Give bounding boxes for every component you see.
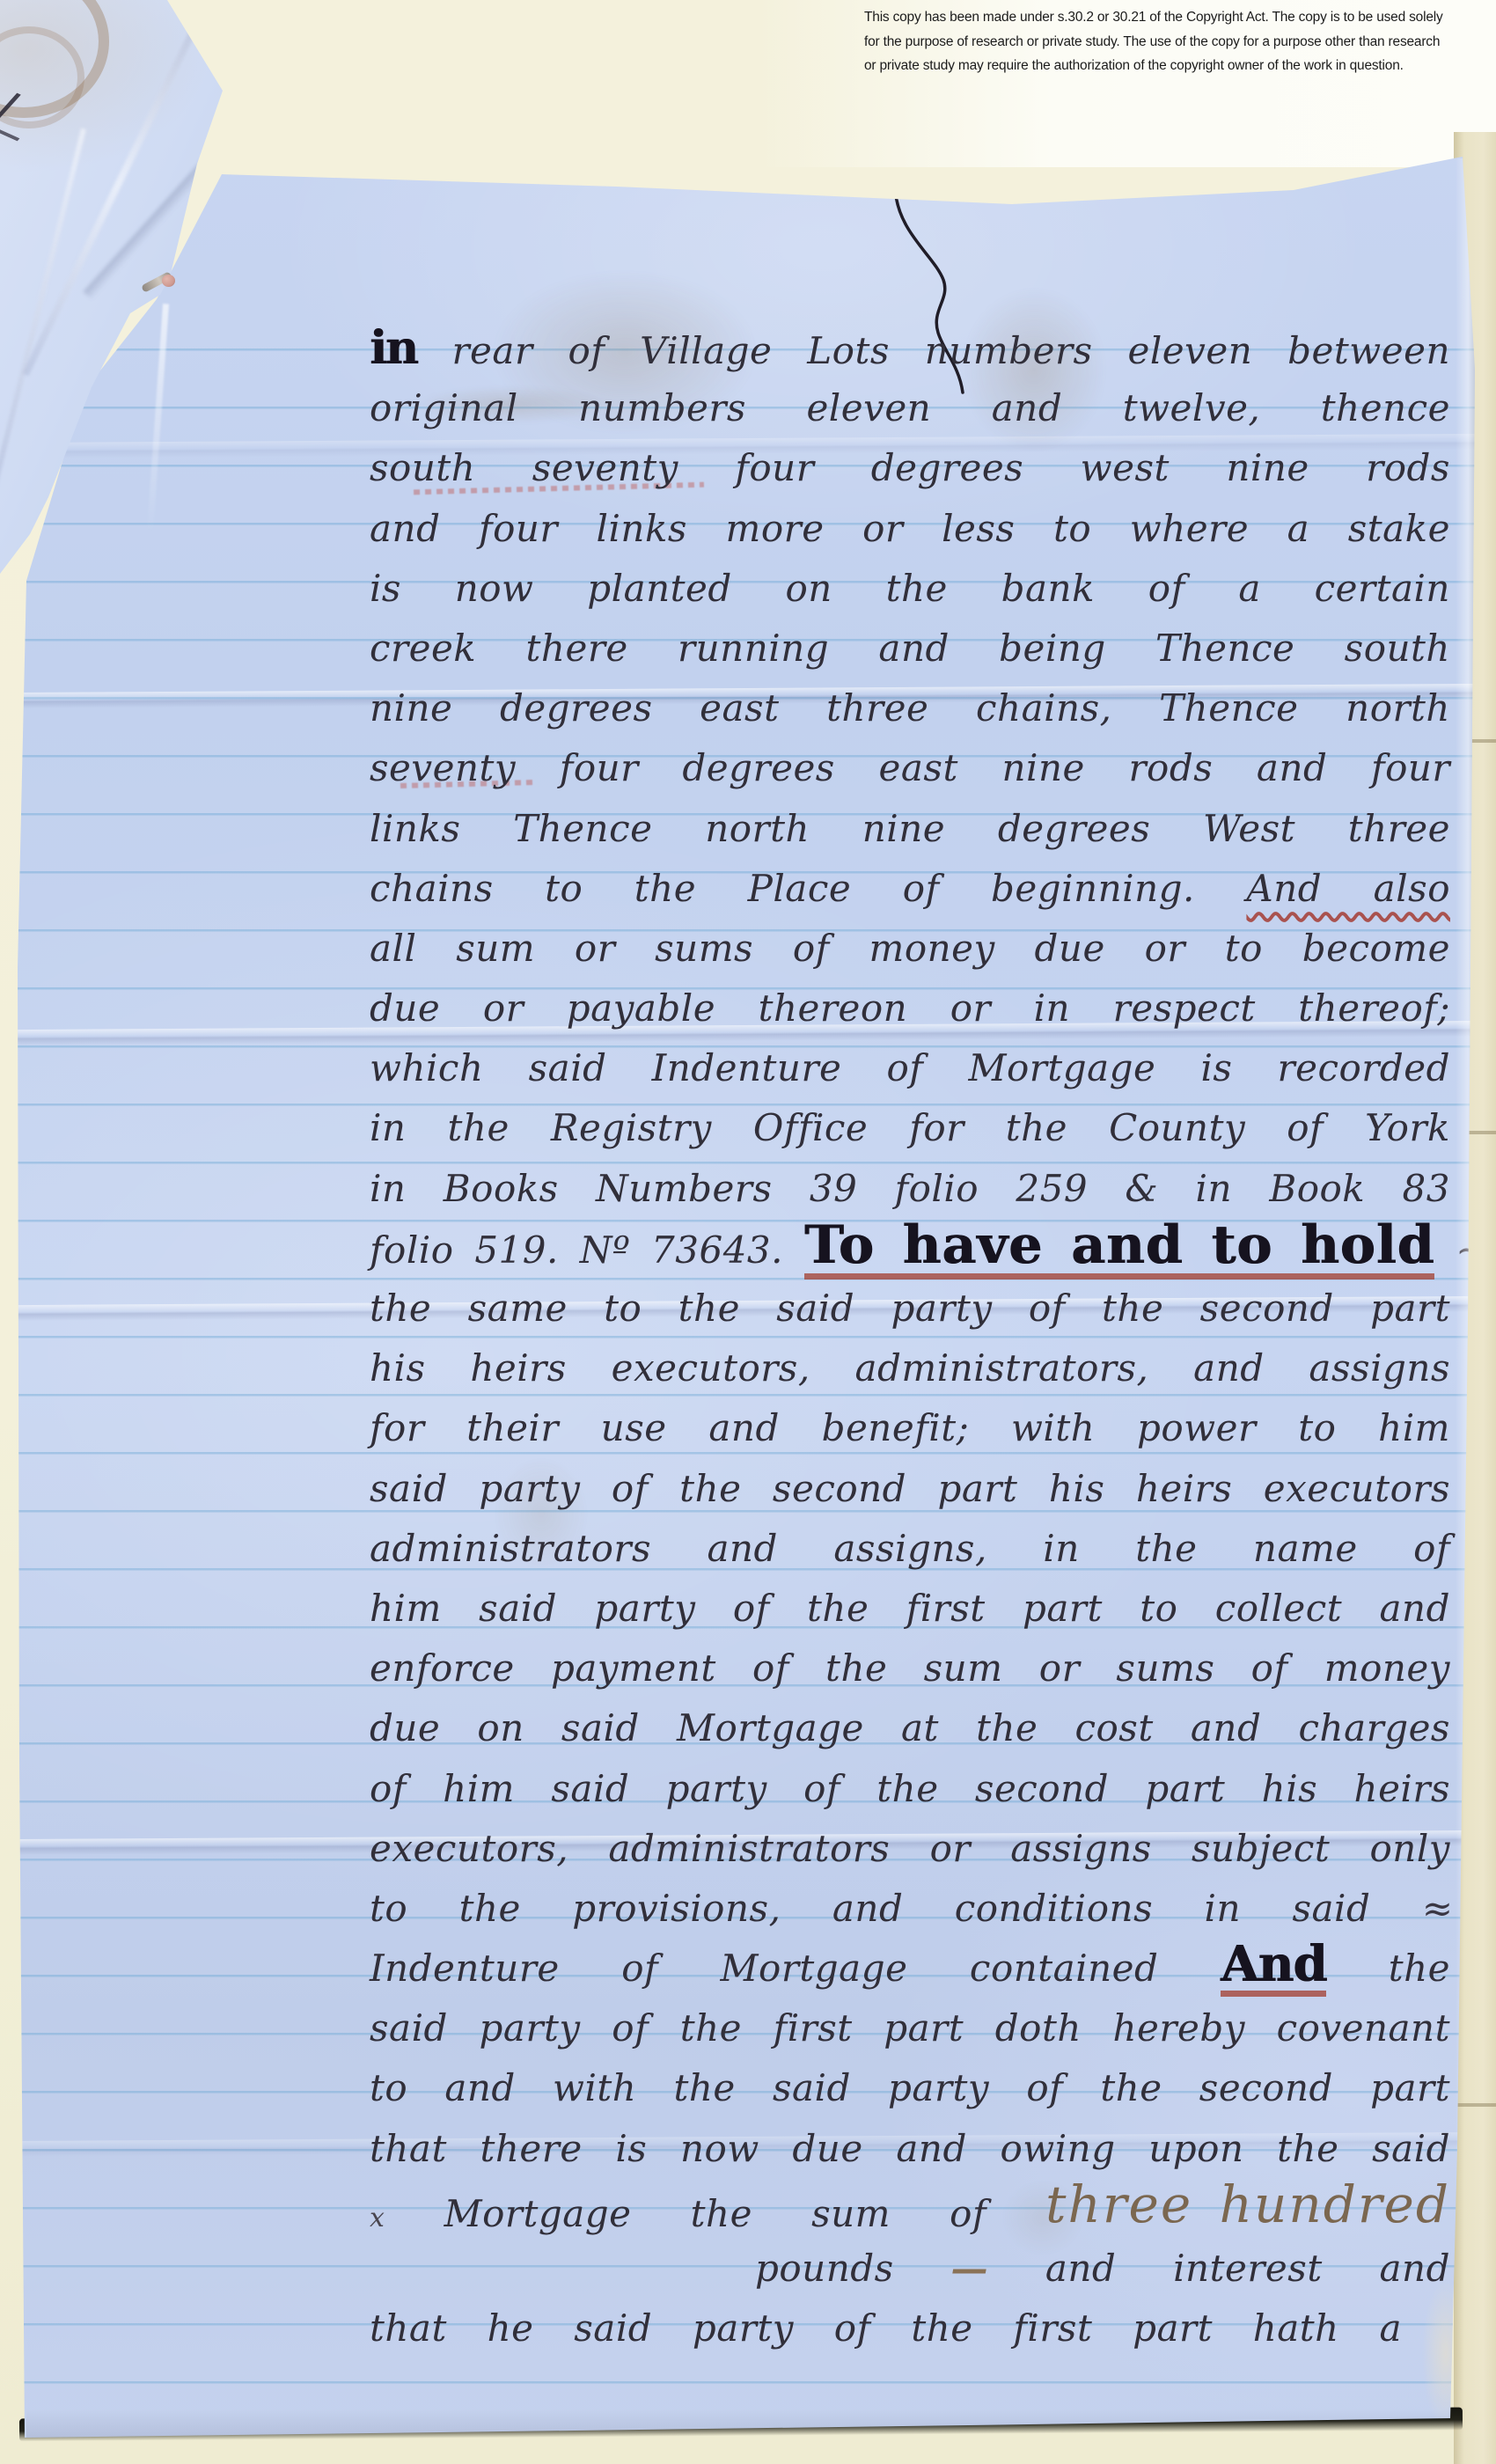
manuscript-segment-red-wavy: And also	[1246, 867, 1450, 910]
manuscript-line: to the provisions, and conditions in sai…	[370, 1879, 1450, 1939]
manuscript-segment: Indenture of Mortgage contained	[370, 1947, 1158, 1990]
manuscript-segment: south seventy four degrees west nine rod…	[370, 446, 1450, 489]
manuscript-segment: and four links more or less to where a s…	[370, 507, 1450, 550]
manuscript-segment: which said Indenture of Mortgage is reco…	[370, 1046, 1450, 1089]
manuscript-segment: original numbers eleven and twelve, then…	[370, 386, 1450, 429]
manuscript-segment: pounds	[755, 2247, 894, 2290]
copyright-notice-line: or private study may require the authori…	[864, 54, 1492, 78]
manuscript-line: in the Registry Office for the County of…	[370, 1098, 1450, 1158]
manuscript-segment: creek there running and being Thence sou…	[370, 627, 1450, 670]
manuscript-segment: his heirs executors, administrators, and…	[370, 1346, 1450, 1390]
manuscript-line: said party of the first part doth hereby…	[370, 1998, 1450, 2058]
manuscript-line: that he said party of the first part hat…	[370, 2299, 1450, 2358]
manuscript-segment: in Books Numbers 39 folio 259 & in Book …	[370, 1167, 1450, 1210]
manuscript-line: creek there running and being Thence sou…	[370, 619, 1450, 678]
manuscript-line: links Thence north nine degrees West thr…	[370, 799, 1450, 859]
manuscript-segment-flourish: ≈	[1422, 1887, 1450, 1930]
manuscript-line: original numbers eleven and twelve, then…	[370, 378, 1450, 438]
manuscript-line: seventy four degrees east nine rods and …	[370, 738, 1450, 798]
copyright-notice-line: This copy has been made under s.30.2 or …	[864, 5, 1492, 30]
manuscript-segment: nine degrees east three chains, Thence n…	[370, 686, 1450, 730]
manuscript-segment: enforce payment of the sum or sums of mo…	[370, 1646, 1450, 1690]
manuscript-segment: chains to the Place of beginning.	[370, 867, 1195, 910]
manuscript-segment: him said party of the first part to coll…	[370, 1587, 1450, 1630]
manuscript-line: is now planted on the bank of a certain	[370, 559, 1450, 619]
manuscript-line: and four links more or less to where a s…	[370, 499, 1450, 559]
manuscript-segment: links Thence north nine degrees West thr…	[370, 807, 1450, 850]
manuscript-line: that there is now due and owing upon the…	[370, 2119, 1450, 2179]
manuscript-segment: said party of the first part doth hereby…	[370, 2006, 1450, 2050]
manuscript-line: his heirs executors, administrators, and…	[370, 1338, 1450, 1398]
manuscript-line: him said party of the first part to coll…	[370, 1579, 1450, 1639]
manuscript-line: south seventy four degrees west nine rod…	[370, 438, 1450, 498]
manuscript-segment: the same to the said party of the second…	[370, 1287, 1450, 1330]
manuscript-line: x Mortgage the sum of three hundred	[370, 2179, 1450, 2239]
manuscript-segment-small-mark: x	[370, 2203, 385, 2233]
manuscript-segment: of him said party of the second part his…	[370, 1767, 1450, 1810]
manuscript-line: nine degrees east three chains, Thence n…	[370, 678, 1450, 738]
manuscript-line: folio 519. Nº 73643. To have and to hold…	[370, 1219, 1450, 1279]
manuscript-line: chains to the Place of beginning. And al…	[370, 859, 1450, 919]
manuscript-line: in Books Numbers 39 folio 259 & in Book …	[370, 1159, 1450, 1219]
manuscript-segment: in the Registry Office for the County of…	[370, 1106, 1450, 1149]
manuscript-segment-initial: in	[370, 321, 417, 375]
manuscript-segment: due or payable thereon or in respect the…	[370, 986, 1450, 1030]
manuscript-line: for their use and benefit; with power to…	[370, 1398, 1450, 1458]
backing-sheet-crack	[1454, 2103, 1496, 2107]
manuscript-segment-gothic: And	[1221, 1940, 1326, 1997]
manuscript-segment: to the provisions, and conditions in sai…	[370, 1887, 1370, 1930]
manuscript-line: which said Indenture of Mortgage is reco…	[370, 1038, 1450, 1098]
manuscript-segment: that he said party of the first part hat…	[370, 2306, 1402, 2350]
manuscript-segment: due on said Mortgage at the cost and cha…	[370, 1706, 1450, 1749]
manuscript-segment: is now planted on the bank of a certain	[370, 567, 1450, 610]
manuscript-line: enforce payment of the sum or sums of mo…	[370, 1639, 1450, 1698]
manuscript-segment: for their use and benefit; with power to…	[370, 1406, 1450, 1449]
manuscript-line: said party of the second part his heirs …	[370, 1459, 1450, 1519]
manuscript-segment: said party of the second part his heirs …	[370, 1467, 1450, 1510]
manuscript-line: Indenture of Mortgage contained And the	[370, 1939, 1450, 1998]
pin-head	[162, 275, 175, 287]
manuscript-segment: rear of Village Lots numbers eleven betw…	[451, 329, 1450, 372]
manuscript-segment: administrators and assigns, in the name …	[370, 1527, 1450, 1570]
manuscript-line: due on said Mortgage at the cost and cha…	[370, 1698, 1450, 1758]
manuscript-line: executors, administrators or assigns sub…	[370, 1819, 1450, 1879]
manuscript-segment: executors, administrators or assigns sub…	[370, 1827, 1450, 1870]
manuscript-line: pounds — and interest and	[370, 2239, 1450, 2299]
manuscript-segment-brown-big: three hundred	[1045, 2174, 1450, 2234]
manuscript-segment: seventy four degrees east nine rods and …	[370, 746, 1450, 789]
manuscript-segment: folio 519. Nº 73643.	[370, 1228, 783, 1272]
manuscript-segment: that there is now due and owing upon the…	[370, 2127, 1450, 2170]
manuscript-segment-gothic-big: To have and to hold	[804, 1219, 1434, 1280]
manuscript-segment: to and with the said party of the second…	[370, 2066, 1450, 2109]
copyright-notice-line: for the purpose of research or private s…	[864, 30, 1492, 55]
scanned-document: { "notice": { "lines": [ "This copy has …	[0, 0, 1496, 2464]
manuscript-segment: the	[1389, 1947, 1450, 1990]
manuscript-line: all sum or sums of money due or to becom…	[370, 919, 1450, 979]
manuscript-line: of him said party of the second part his…	[370, 1759, 1450, 1819]
manuscript-line: administrators and assigns, in the name …	[370, 1519, 1450, 1579]
manuscript-text: in rear of Village Lots numbers eleven b…	[370, 319, 1450, 2358]
manuscript-segment: and interest and	[1045, 2247, 1450, 2290]
manuscript-segment-brown-dash: —	[951, 2247, 989, 2290]
manuscript-segment: Mortgage the sum of	[444, 2192, 986, 2235]
copyright-notice: This copy has been made under s.30.2 or …	[864, 5, 1492, 78]
manuscript-line: to and with the said party of the second…	[370, 2058, 1450, 2118]
manuscript-line: the same to the said party of the second…	[370, 1279, 1450, 1338]
manuscript-line: in rear of Village Lots numbers eleven b…	[370, 319, 1450, 378]
manuscript-line: due or payable thereon or in respect the…	[370, 979, 1450, 1038]
blue-manuscript-page: in rear of Village Lots numbers eleven b…	[0, 0, 1496, 2464]
manuscript-segment: all sum or sums of money due or to becom…	[370, 927, 1450, 970]
